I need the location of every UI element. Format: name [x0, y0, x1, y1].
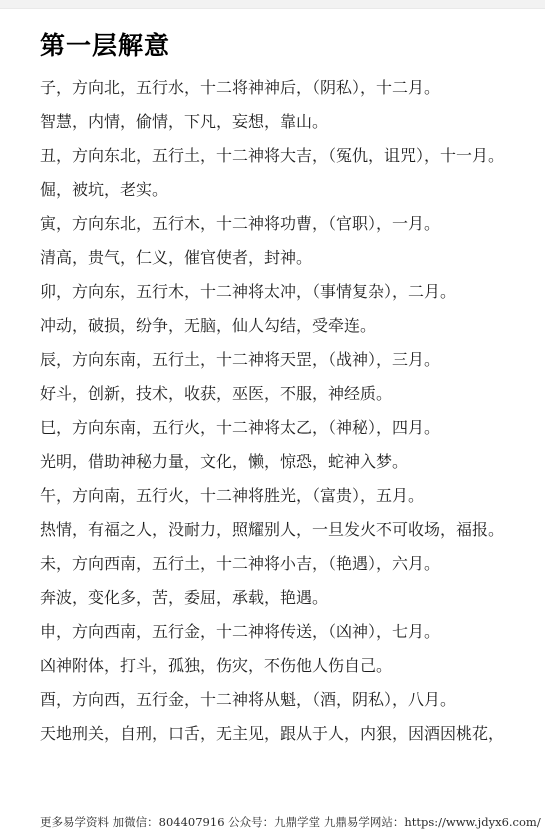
paragraph: 冲动，破损，纷争，无脑，仙人勾结，受牵连。 — [40, 309, 508, 343]
paragraph: 奔波，变化多，苦，委屈，承载，艳遇。 — [40, 581, 508, 615]
page-title: 第一层解意 — [40, 30, 508, 62]
paragraph: 辰，方向东南，五行土，十二神将天罡，（战神），三月。 — [40, 343, 508, 377]
paragraph: 凶神附体，打斗，孤独，伤灾，不伤他人伤自己。 — [40, 649, 508, 683]
paragraph: 丑，方向东北，五行土，十二神将大吉，（冤仇，诅咒），十一月。 — [40, 139, 508, 173]
paragraph: 卯，方向东，五行木，十二神将太冲，（事情复杂），二月。 — [40, 275, 508, 309]
paragraph: 智慧，内情，偷情，下凡，妄想，靠山。 — [40, 105, 508, 139]
paragraph: 子，方向北，五行水，十二将神神后，（阴私），十二月。 — [40, 71, 508, 105]
paragraph: 热情，有福之人，没耐力，照耀别人，一旦发火不可收场，福报。 — [40, 513, 508, 547]
paragraph: 好斗，创新，技术，收获，巫医，不服，神经质。 — [40, 377, 508, 411]
document-page: { "page": { "title": "第一层解意", "paragraph… — [0, 0, 545, 840]
paragraph: 未，方向西南，五行土，十二神将小吉，（艳遇），六月。 — [40, 547, 508, 581]
paragraph: 天地刑关，自刑，口舌，无主见，跟从于人，内狠，因酒因桃花， — [40, 717, 508, 751]
viewer-top-edge — [0, 0, 545, 9]
footer-note: 更多易学资料 加微信：804407916 公众号：九鼎学堂 九鼎易学网站：htt… — [40, 814, 530, 830]
paragraph: 酉，方向西，五行金，十二神将从魁，（酒，阴私），八月。 — [40, 683, 508, 717]
paragraph: 巳，方向东南，五行火，十二神将太乙，（神秘），四月。 — [40, 411, 508, 445]
paragraph: 倔，被坑，老实。 — [40, 173, 508, 207]
paragraph: 清高，贵气，仁义，催官使者，封神。 — [40, 241, 508, 275]
paragraph-list: 子，方向北，五行水，十二将神神后，（阴私），十二月。智慧，内情，偷情，下凡，妄想… — [40, 71, 508, 751]
paragraph: 光明，借助神秘力量，文化，懒，惊恐，蛇神入梦。 — [40, 445, 508, 479]
paragraph: 寅，方向东北，五行木，十二神将功曹，（官职），一月。 — [40, 207, 508, 241]
paragraph: 午，方向南，五行火，十二神将胜光，（富贵），五月。 — [40, 479, 508, 513]
paragraph: 申，方向西南，五行金，十二神将传送，（凶神），七月。 — [40, 615, 508, 649]
